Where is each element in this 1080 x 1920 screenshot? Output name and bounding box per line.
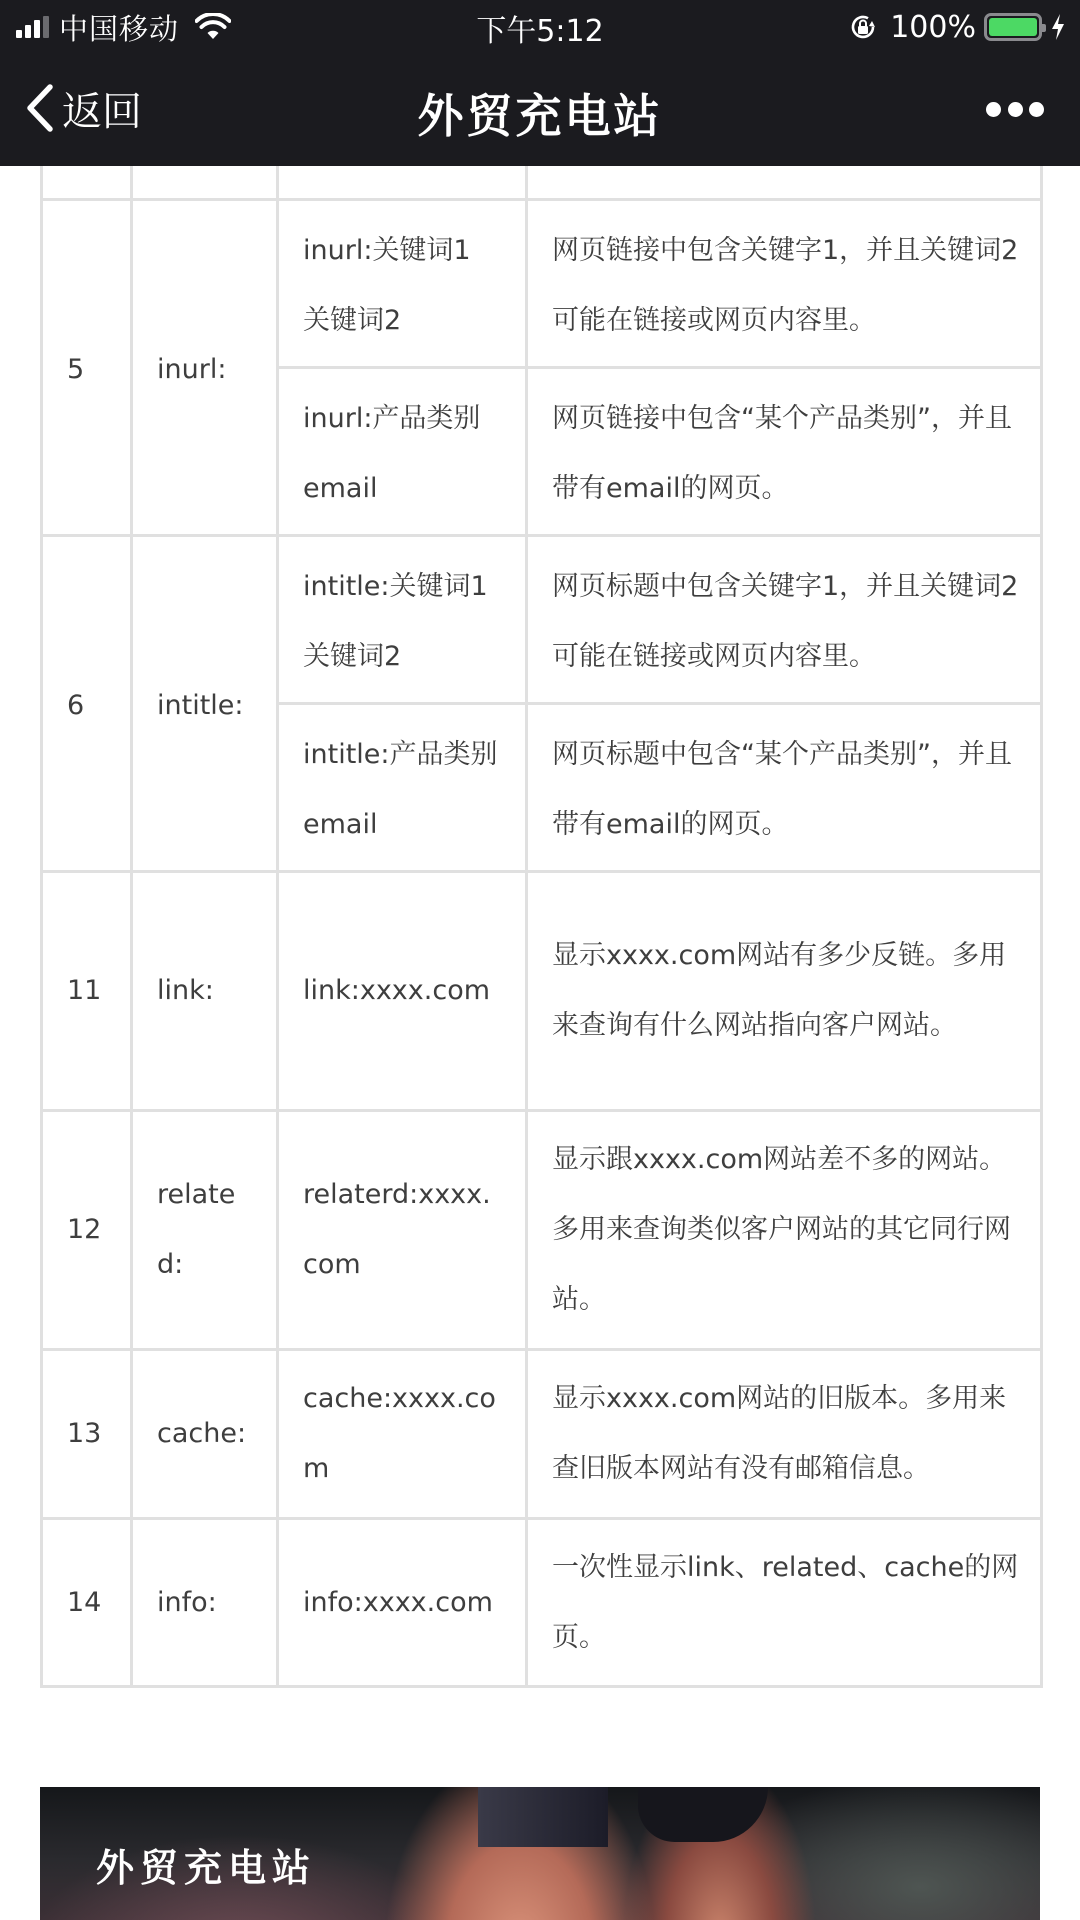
cell-description: 显示xxxx.com网站的旧版本。多用来查旧版本网站有没有邮箱信息。 <box>527 1350 1042 1519</box>
cell-example: intitle:产品类别 email <box>278 704 527 872</box>
cell-example: relaterd:xxxx.com <box>278 1111 527 1350</box>
cell-description: 显示跟xxxx.com网站差不多的网站。多用来查询类似客户网站的其它同行网站。 <box>527 1111 1042 1350</box>
more-dots-icon <box>986 102 1001 117</box>
status-bar: 中国移动 下午5:12 100% <box>0 0 1080 54</box>
table-row: 12 related: relaterd:xxxx.com 显示跟xxxx.co… <box>42 1111 1042 1350</box>
cell-operator: info: <box>132 1519 278 1687</box>
banner-shorts-left <box>478 1787 608 1847</box>
table-row: 14 info: info:xxxx.com 一次性显示link、related… <box>42 1519 1042 1687</box>
cell-description: 网页链接中包含“某个产品类别”，并且带有email的网页。 <box>527 368 1042 536</box>
cell-num: 6 <box>42 536 132 872</box>
cell-num: 12 <box>42 1111 132 1350</box>
cell-num: 11 <box>42 872 132 1111</box>
charging-bolt-icon <box>1050 13 1066 41</box>
cell-example: inurl:关键词1 关键词2 <box>278 200 527 368</box>
cell-example: info:xxxx.com <box>278 1519 527 1687</box>
banner-shorts-right <box>638 1787 768 1842</box>
table-row: 13 cache: cache:xxxx.com 显示xxxx.com网站的旧版… <box>42 1350 1042 1519</box>
cell-example: link:xxxx.com <box>278 872 527 1111</box>
rotation-lock-icon <box>848 12 878 42</box>
more-button[interactable] <box>986 94 1044 124</box>
cell-operator: intitle: <box>132 536 278 872</box>
cell-num: 5 <box>42 200 132 536</box>
cell-description: 显示xxxx.com网站有多少反链。多用来查询有什么网站指向客户网站。 <box>527 872 1042 1111</box>
cell-operator: cache: <box>132 1350 278 1519</box>
cell-operator: related: <box>132 1111 278 1350</box>
cell-description: 网页标题中包含关键字1，并且关键词2可能在链接或网页内容里。 <box>527 536 1042 704</box>
cell-description: 网页标题中包含“某个产品类别”，并且带有email的网页。 <box>527 704 1042 872</box>
cell-example: cache:xxxx.com <box>278 1350 527 1519</box>
banner-title: 外贸充电站 <box>96 1837 316 1892</box>
table-row: 11 link: link:xxxx.com 显示xxxx.com网站有多少反链… <box>42 872 1042 1111</box>
cell-num: 13 <box>42 1350 132 1519</box>
table-row: 6 intitle: intitle:关键词1 关键词2 网页标题中包含关键字1… <box>42 536 1042 704</box>
cell-example: inurl:产品类别 email <box>278 368 527 536</box>
cell-example: intitle:关键词1 关键词2 <box>278 536 527 704</box>
cell-num: 14 <box>42 1519 132 1687</box>
nav-bar: 返回 外贸充电站 <box>0 54 1080 166</box>
battery-icon <box>984 13 1042 41</box>
battery-percent: 100% <box>890 10 976 45</box>
cell-description: 网页链接中包含关键字1，并且关键词2可能在链接或网页内容里。 <box>527 200 1042 368</box>
page-title: 外贸充电站 <box>0 80 1080 146</box>
cell-description: 一次性显示link、related、cache的网页。 <box>527 1519 1042 1687</box>
table-row: 5 inurl: inurl:关键词1 关键词2 网页链接中包含关键字1，并且关… <box>42 200 1042 368</box>
article-content: 5 inurl: inurl:关键词1 关键词2 网页链接中包含关键字1，并且关… <box>0 0 1080 1920</box>
top-bar: 中国移动 下午5:12 100% <box>0 0 1080 166</box>
search-operators-table: 5 inurl: inurl:关键词1 关键词2 网页链接中包含关键字1，并且关… <box>40 96 1043 1688</box>
cell-operator: link: <box>132 872 278 1111</box>
banner-image: 外贸充电站 <box>40 1787 1040 1920</box>
cell-operator: inurl: <box>132 200 278 536</box>
